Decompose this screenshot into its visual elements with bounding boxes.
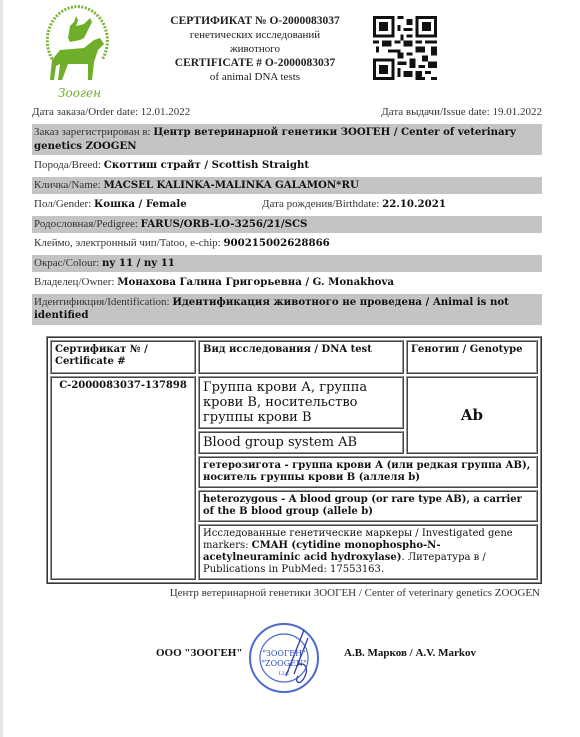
certificate-subtitle-en: of animal DNA tests xyxy=(150,70,360,84)
results-table: Сертификат № / Certificate # Вид исследо… xyxy=(46,336,542,584)
gender-birthdate-row: Пол/Gender: Кошка / FemaleДата рождения/… xyxy=(32,196,542,214)
colour-row: Окрас/Colour: ny 11 / ny 11 xyxy=(32,255,542,273)
test-name-en: Blood group system AB xyxy=(198,431,404,454)
order-date-label: Дата заказа/Order date: xyxy=(32,106,141,118)
company-stamp-icon: "ЗООГЕН" "ZOOGEN" LLC xyxy=(246,616,326,696)
signatory-name: А.В. Марков / A.V. Markov xyxy=(344,647,476,659)
registered-row: Заказ зарегистрирован в: Центр ветеринар… xyxy=(32,124,542,155)
header-certificate: Сертификат № / Certificate # xyxy=(50,340,196,374)
certificate-header: СЕРТИФИКАТ № O-2000083037 генетических и… xyxy=(150,14,360,84)
header-genotype: Генотип / Genotype xyxy=(406,340,538,374)
test-name-ru: Группа крови А, группа крови В, носитель… xyxy=(198,376,404,429)
issue-date-value: 19.01.2022 xyxy=(493,106,543,118)
zoogen-logo-icon: Зоогeн xyxy=(40,2,115,100)
issue-date-label: Дата выдачи/Issue date: xyxy=(381,106,492,118)
order-date-value: 12.01.2022 xyxy=(141,106,191,118)
identification-row: Идентификция/Identification: Идентификац… xyxy=(32,294,542,325)
markers-note: Исследованные генетические маркеры / Inv… xyxy=(198,524,538,580)
header-dna-test: Вид исследования / DNA test xyxy=(198,340,404,374)
dates-row: Дата заказа/Order date: 12.01.2022 Дата … xyxy=(32,106,542,118)
certificate-subtitle-ru-1: генетических исследований xyxy=(150,28,360,42)
chip-row: Клеймо, электронный чип/Tatoo, e-chip: 9… xyxy=(32,235,542,253)
breed-row: Порода/Breed: Скоттиш страйт / Scottish … xyxy=(32,157,542,175)
genotype-value: Ab xyxy=(406,376,538,454)
name-row: Кличка/Name: MACSEL KALINKA-MALINKA GALA… xyxy=(32,177,542,195)
qr-code-icon xyxy=(373,15,437,81)
pedigree-row: Родословная/Pedigree: FARUS/ORB-LO-3256/… xyxy=(32,216,542,234)
animal-info: Заказ зарегистрирован в: Центр ветеринар… xyxy=(32,124,542,327)
page-edge xyxy=(0,0,3,737)
svg-text:"ЗООГЕН": "ЗООГЕН" xyxy=(262,649,306,658)
table-header-row: Сертификат № / Certificate # Вид исследо… xyxy=(50,340,538,374)
owner-row: Владелец/Owner: Монахова Галина Григорье… xyxy=(32,274,542,292)
result-ru: гетерозигота - группа крови А (или редка… xyxy=(198,456,538,488)
svg-text:Зоогeн: Зоогeн xyxy=(58,86,101,100)
table-row: C-2000083037-137898 Группа крови А, груп… xyxy=(50,376,538,429)
company-name: ООО "ЗООГЕН" xyxy=(156,647,242,659)
certificate-subtitle-ru-2: животного xyxy=(150,42,360,56)
certificate-number: C-2000083037-137898 xyxy=(50,376,196,580)
certificate-title-en: CERTIFICATE # O-2000083037 xyxy=(150,56,360,70)
certificate-title-ru: СЕРТИФИКАТ № O-2000083037 xyxy=(150,14,360,28)
footer-organization: Центр ветеринарной генетики ЗООГЕН / Cen… xyxy=(170,587,540,599)
result-en: heterozygous - A blood group (or rare ty… xyxy=(198,490,538,522)
